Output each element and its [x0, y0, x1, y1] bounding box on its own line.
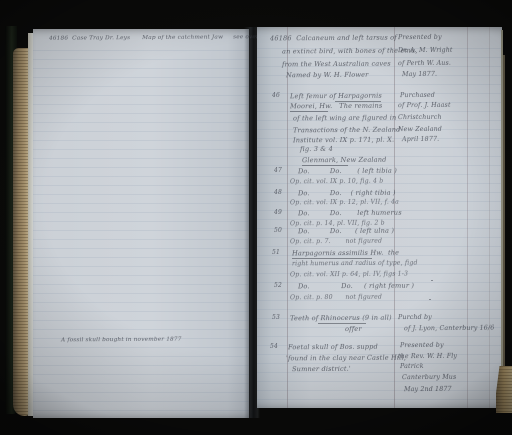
acquisition-line: New Zealand — [398, 127, 442, 134]
acquisition-line: Presented by — [400, 343, 444, 350]
entry-number: 51 — [272, 250, 280, 256]
register-line: Do. Do. ( right tibia ) — [298, 190, 396, 197]
register-subline: right humerus and radius of type, figd — [292, 261, 418, 268]
column-rule-right — [467, 27, 468, 408]
left-page: 46186 Case Tray Dr. Leys Map of the catc… — [33, 29, 249, 418]
verso-annotation-top: 46186 Case Tray Dr. Leys Map of the catc… — [49, 35, 259, 42]
entry-number: 53 — [272, 315, 280, 321]
acquisition-line: Dr. A. M. Wright — [398, 48, 453, 55]
acquisition-line: of Prof. J. Haast — [398, 103, 451, 110]
feint-ruling — [33, 50, 249, 411]
register-line: Named by W. H. Flower — [286, 72, 369, 79]
register-line: fig. 3 & 4 — [300, 146, 333, 153]
acquisition-line: Presented by — [398, 35, 442, 42]
register-subline: Op. cit. vol. XII p. 64, pl. IV, figs 1-… — [290, 272, 408, 279]
register-line: Do. Do. left humerus — [298, 210, 402, 217]
entry-number: 52 — [274, 283, 282, 289]
register-photo: 46186 Case Tray Dr. Leys Map of the catc… — [0, 0, 512, 435]
register-line: Do. Do. ( right femur ) — [298, 283, 414, 290]
right-page: 46186 Calcaneum and left tarsus of Prese… — [257, 27, 502, 408]
acquisition-line: the Rev. W. H. Fly — [398, 354, 457, 361]
register-line: Teeth of Rhinocerus (9 in all) — [290, 315, 392, 322]
acquisition-line: May 2nd 1877 — [404, 387, 452, 394]
register-line: Harpagornis assimilis Hw. the — [292, 250, 399, 257]
ink-mark — [431, 280, 433, 281]
column-rule-acquisition — [394, 27, 395, 408]
entry-number: 48 — [274, 190, 282, 196]
entry-number: 46 — [272, 93, 280, 99]
ink-underline — [335, 101, 381, 102]
register-line: 'found in the clay near Castle Hill, — [286, 355, 406, 362]
register-line: offer — [345, 326, 362, 333]
ink-mark — [429, 299, 431, 300]
register-line: 46186 Calcaneum and left tarsus of — [270, 35, 397, 42]
register-line: Institute vol. IX p. 171, pl. X. — [293, 137, 394, 144]
register-subline: Op. cit. vol. IX p. 12, pl. VII, f. 4a — [290, 200, 399, 207]
acquisition-line: April 1877. — [402, 137, 439, 144]
acquisition-line: Christchurch — [398, 115, 442, 122]
fore-edge-sliver — [503, 55, 505, 370]
register-line: Transactions of the N. Zealand — [293, 127, 401, 134]
entry-number: 49 — [274, 210, 282, 216]
register-line: Sumner district.' — [292, 366, 351, 373]
entry-number: 54 — [270, 344, 278, 350]
verso-annotation-middle: A fossil skull bought in november 1877 — [61, 338, 182, 345]
acquisition-line: Canterbury Mus — [402, 375, 456, 382]
acquisition-line: Purchased — [400, 93, 435, 100]
ink-underline — [290, 111, 328, 112]
register-line: of the left wing are figured in — [293, 115, 396, 122]
register-line: Moorei, Hw. The remains — [290, 103, 382, 110]
ink-underline — [302, 165, 348, 166]
entry-number: 47 — [274, 168, 282, 174]
register-line: Left femur of Harpagornis — [290, 93, 382, 100]
register-subline: Op. cit. vol. IX p. 10, fig. 4 b — [290, 179, 383, 186]
register-line: Foetal skull of Bos. suppd — [288, 344, 378, 351]
entry-number: 50 — [274, 228, 282, 234]
register-subline: Op. cit. p. 7. not figured — [290, 239, 382, 246]
register-line: from the West Australian caves — [282, 61, 391, 68]
acquisition-line: Patrick — [400, 364, 424, 370]
register-line: Do. Do. ( left ulna ) — [298, 228, 394, 235]
register-subline: Op. cit. p. 80 not figured — [290, 295, 382, 302]
acquisition-line: of Perth W. Aus. — [398, 61, 451, 68]
register-line: Glenmark, New Zealand — [302, 157, 387, 164]
ink-underline — [292, 258, 372, 259]
ink-underline — [318, 323, 366, 324]
acquisition-line: Purchd by — [398, 315, 432, 322]
column-rule-edge — [489, 27, 490, 408]
register-line: Do. Do. ( left tibia ) — [298, 168, 397, 175]
acquisition-line: of J. Lyon, Canterbury 16/6 — [404, 326, 494, 333]
acquisition-line: May 1877. — [402, 72, 437, 79]
